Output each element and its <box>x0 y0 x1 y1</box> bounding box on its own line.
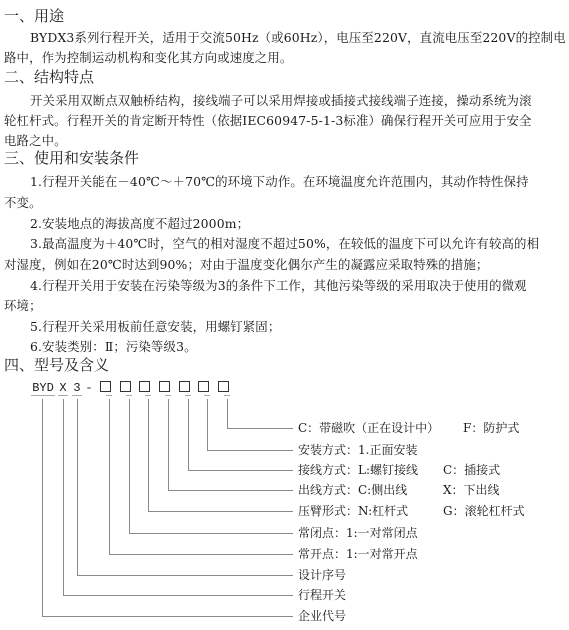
legend-item-design-no: 设计序号 <box>298 565 346 585</box>
legend-item-arm: 压臂形式：N:杠杆式 G：滚轮杠杆式 <box>298 501 408 521</box>
leader-vertical <box>148 399 149 512</box>
paragraph-line: 4.行程开关用于安装在污染等级为3的条件下工作，其他污染等级的采用取决于使用的微… <box>30 276 527 296</box>
legend-label: C：带磁吹（正在设计中） <box>298 421 439 435</box>
legend-item-outlet: 出线方式：C:侧出线 X：下出线 <box>298 480 407 500</box>
section-heading-structure: 二、结构特点 <box>4 67 94 87</box>
legend-extra: F：防护式 <box>463 418 519 438</box>
code-box <box>216 378 230 398</box>
legend-item-mounting: 安装方式：1.正面安装 <box>298 440 417 460</box>
legend-item-magnetic: C：带磁吹（正在设计中） F：防护式 <box>298 418 439 438</box>
leader-horizontal <box>63 595 293 596</box>
leader-vertical <box>188 399 189 471</box>
legend-label: 设计序号 <box>298 568 346 582</box>
section-heading-purpose: 一、用途 <box>4 6 64 26</box>
paragraph-line: 6.安装类别：Ⅱ；污染等级3。 <box>30 337 197 357</box>
paragraph-line: 5.行程开关采用板前任意安装，用螺钉紧固； <box>30 317 280 337</box>
legend-label: 常闭点：1:一对常闭点 <box>298 526 418 540</box>
legend-item-switch-type: 行程开关 <box>298 585 346 605</box>
legend-item-no-contact: 常开点：1:一对常开点 <box>298 544 418 564</box>
legend-label: 出线方式：C:侧出线 <box>298 483 407 497</box>
paragraph-line: 3.最高温度为＋40℃时，空气的相对湿度不超过50%，在较低的温度下可以允许有较… <box>30 234 539 254</box>
leader-vertical <box>227 399 228 429</box>
legend-label: 安装方式：1.正面安装 <box>298 443 417 457</box>
section-heading-model: 四、型号及含义 <box>4 355 109 375</box>
leader-vertical <box>77 399 78 576</box>
legend-item-nc-contact: 常闭点：1:一对常闭点 <box>298 523 418 543</box>
leader-vertical <box>63 399 64 596</box>
paragraph-line: BYDX3系列行程开关，适用于交流50Hz（或60Hz），电压至220V，直流电… <box>30 28 566 48</box>
leader-vertical <box>109 399 110 555</box>
legend-label: 常开点：1:一对常开点 <box>298 547 418 561</box>
paragraph-line: 2.安装地点的海拔高度不超过2000m； <box>30 214 249 234</box>
leader-horizontal <box>207 450 293 451</box>
code-box <box>98 378 112 398</box>
leader-horizontal <box>227 428 293 429</box>
paragraph-line: 环境； <box>4 296 42 316</box>
paragraph-line: 开关采用双断点双触桥结构，接线端子可以采用焊接或插接式接线端子连接，操动系统为滚 <box>30 91 532 111</box>
leader-horizontal <box>188 470 293 471</box>
leader-vertical <box>129 399 130 534</box>
legend-item-wiring: 接线方式：L:螺钉接线 C：插接式 <box>298 460 418 480</box>
code-box <box>118 378 132 398</box>
code-box <box>157 378 171 398</box>
legend-label: 压臂形式：N:杠杆式 <box>298 504 408 518</box>
code-series: X <box>58 378 68 398</box>
leader-horizontal <box>77 575 293 576</box>
paragraph-line: 路中，作为控制运动机构和变化其方向或速度之用。 <box>4 48 292 68</box>
section-heading-conditions: 三、使用和安装条件 <box>4 148 139 168</box>
code-box <box>177 378 191 398</box>
paragraph-line: 不变。 <box>4 193 42 213</box>
paragraph-line: 1.行程开关能在－40℃～＋70℃的环境下动作。在环境温度允许范围内，其动作特性… <box>30 172 529 192</box>
code-design-no: 3 <box>72 378 82 398</box>
leader-horizontal <box>42 616 293 617</box>
legend-extra: C：插接式 <box>443 460 500 480</box>
paragraph-line: 对湿度，例如在20℃时达到90%；对由于温度变化偶尔产生的凝露应采取特殊的措施； <box>4 255 488 275</box>
leader-horizontal <box>109 554 293 555</box>
legend-extra: X：下出线 <box>443 480 500 500</box>
code-prefix: BYD <box>31 378 55 398</box>
leader-vertical <box>207 399 208 451</box>
leader-horizontal <box>129 533 293 534</box>
legend-label: 行程开关 <box>298 588 346 602</box>
code-box <box>196 378 210 398</box>
legend-label: 企业代号 <box>298 609 346 623</box>
code-dash: - <box>85 378 93 398</box>
leader-vertical <box>42 399 43 617</box>
paragraph-line: 轮杠杆式。行程开关的肯定断开特性（依据IEC60947-5-1-3标准）确保行程… <box>4 111 532 131</box>
code-box <box>137 378 151 398</box>
legend-label: 接线方式：L:螺钉接线 <box>298 463 418 477</box>
leader-horizontal <box>168 490 293 491</box>
leader-horizontal <box>148 511 293 512</box>
legend-item-company-code: 企业代号 <box>298 606 346 626</box>
model-code: BYD X 3 - <box>0 378 260 400</box>
legend-extra: G：滚轮杠杆式 <box>443 501 525 521</box>
leader-vertical <box>168 399 169 491</box>
